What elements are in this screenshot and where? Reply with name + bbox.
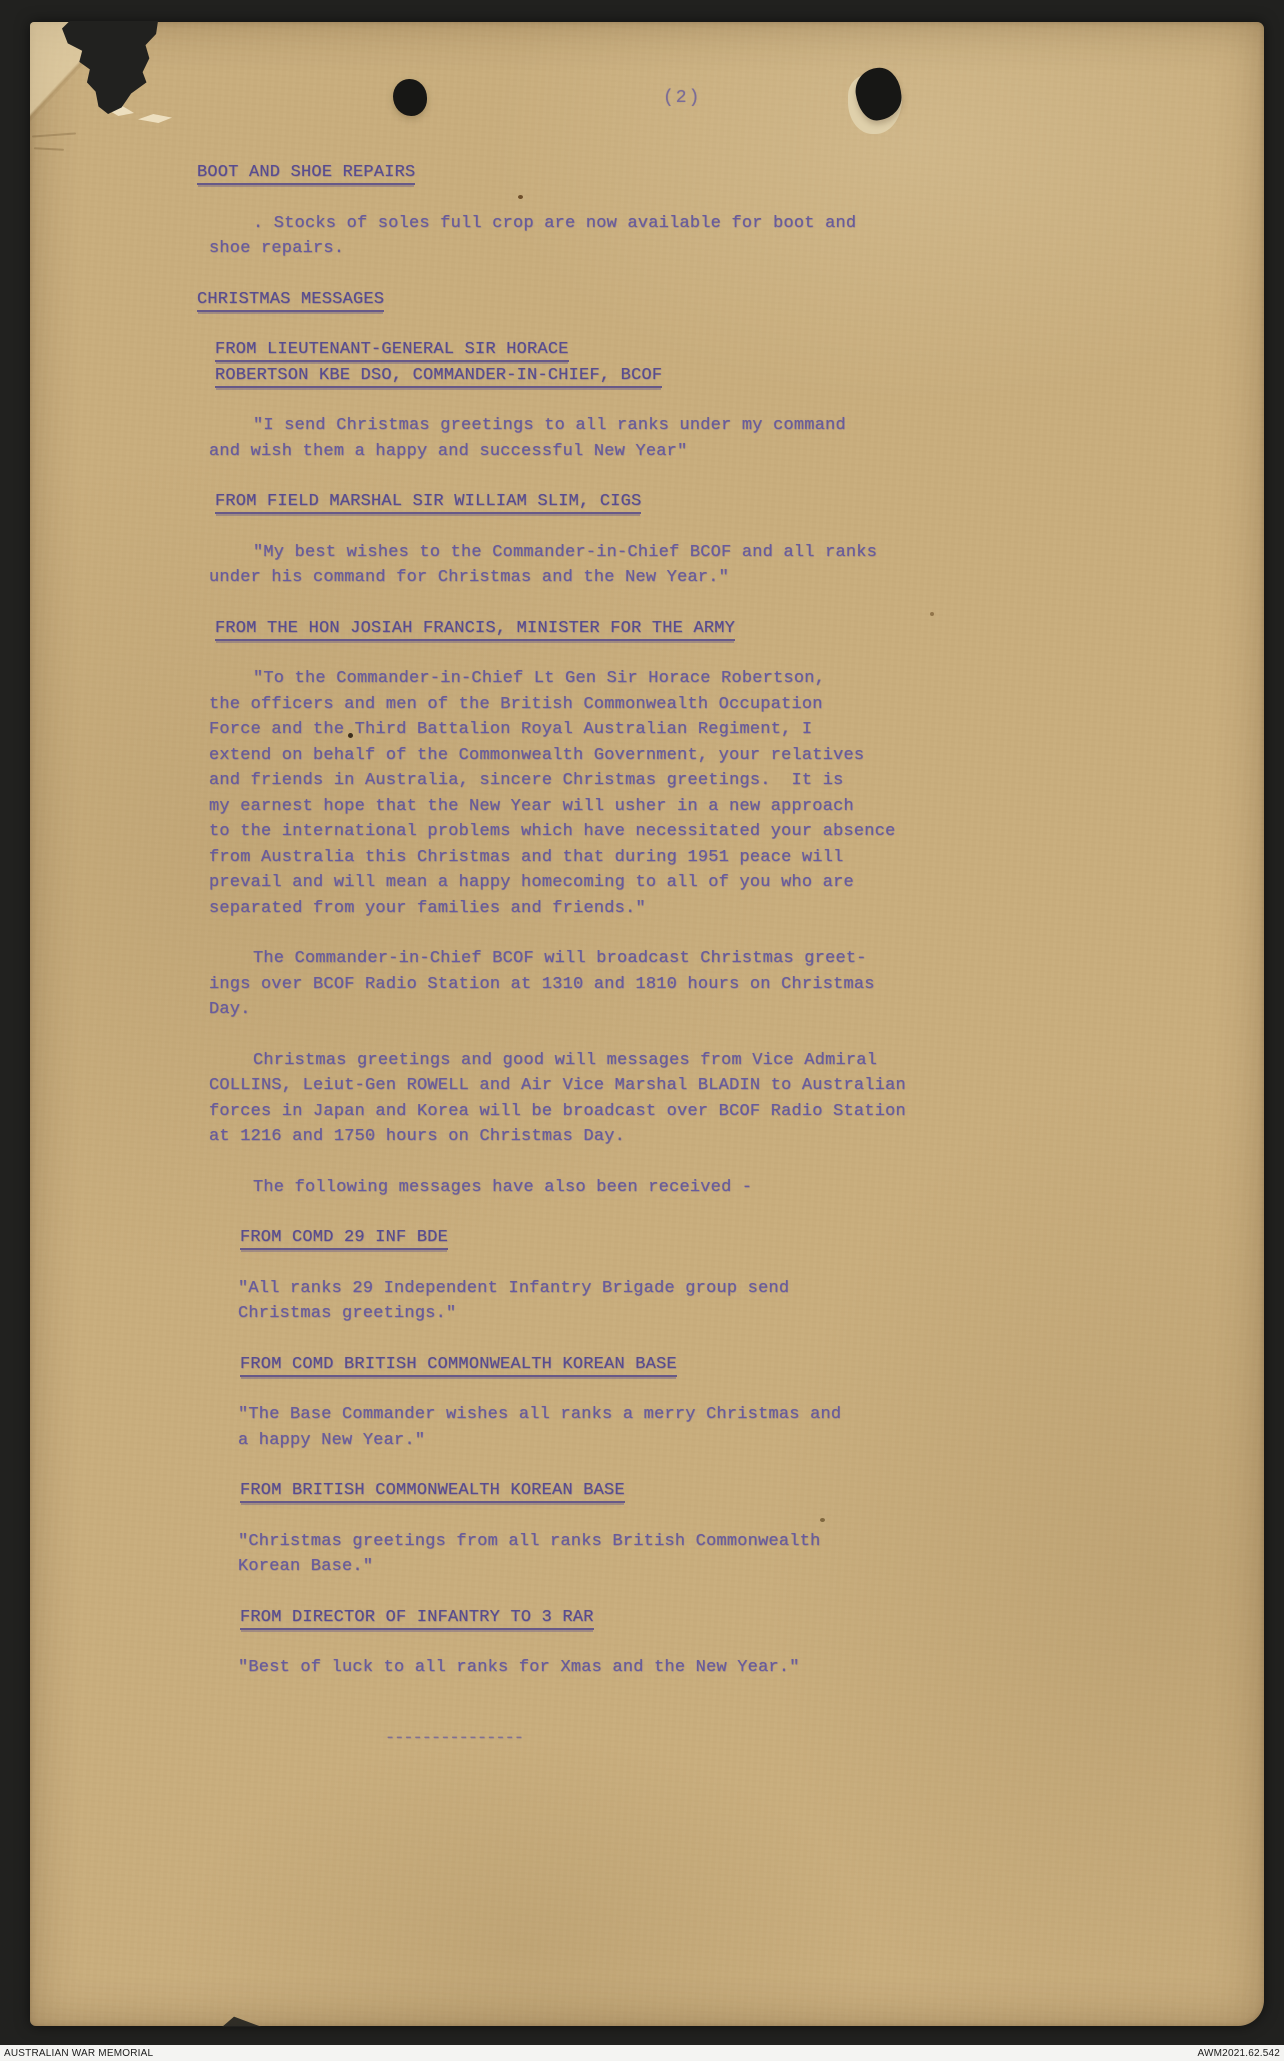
paper-crease: [34, 147, 64, 151]
text-line: Christmas greetings and good will messag…: [209, 1048, 1264, 1074]
text-line: ---------------: [385, 1726, 1264, 1752]
text-line: under his command for Christmas and the …: [209, 565, 1264, 591]
text-line: FROM THE HON JOSIAH FRANCIS, MINISTER FO…: [215, 616, 1264, 642]
text-line: to the international problems which have…: [209, 819, 1264, 845]
scan-background: (2) BOOT AND SHOE REPAIRS. Stocks of sol…: [0, 0, 1284, 2061]
text-line: the officers and men of the British Comm…: [209, 692, 1264, 718]
text-line: "The Base Commander wishes all ranks a m…: [238, 1402, 1264, 1428]
text-block: BOOT AND SHOE REPAIRS: [197, 160, 1264, 186]
footer-reference-label: AWM2021.62.542: [1198, 2048, 1280, 2059]
text-line: a happy New Year.": [238, 1428, 1264, 1454]
text-line: "My best wishes to the Commander-in-Chie…: [209, 540, 1264, 566]
text-block: The Commander-in-Chief BCOF will broadca…: [209, 946, 1264, 1023]
document-content: BOOT AND SHOE REPAIRS. Stocks of soles f…: [30, 160, 1264, 1776]
text-line: FROM FIELD MARSHAL SIR WILLIAM SLIM, CIG…: [215, 489, 1264, 515]
text-line: CHRISTMAS MESSAGES: [197, 287, 1264, 313]
text-line: FROM DIRECTOR OF INFANTRY TO 3 RAR: [240, 1605, 1264, 1631]
text-line: Force and the Third Battalion Royal Aust…: [209, 717, 1264, 743]
text-line: FROM COMD 29 INF BDE: [240, 1225, 1264, 1251]
text-line: . Stocks of soles full crop are now avai…: [209, 211, 1264, 237]
text-block: "The Base Commander wishes all ranks a m…: [238, 1402, 1264, 1453]
text-line: "Best of luck to all ranks for Xmas and …: [238, 1655, 1264, 1681]
text-line: "All ranks 29 Independent Infantry Briga…: [238, 1276, 1264, 1302]
tear-fiber: [138, 114, 172, 123]
text-block: FROM COMD BRITISH COMMONWEALTH KOREAN BA…: [240, 1352, 1264, 1378]
text-block: FROM LIEUTENANT-GENERAL SIR HORACEROBERT…: [215, 337, 1264, 388]
text-line: ings over BCOF Radio Station at 1310 and…: [209, 972, 1264, 998]
text-block: FROM THE HON JOSIAH FRANCIS, MINISTER FO…: [215, 616, 1264, 642]
paper-crease: [32, 132, 76, 137]
text-line: "Christmas greetings from all ranks Brit…: [238, 1529, 1264, 1555]
text-block: FROM DIRECTOR OF INFANTRY TO 3 RAR: [240, 1605, 1264, 1631]
text-block: FROM COMD 29 INF BDE: [240, 1225, 1264, 1251]
text-block: "Christmas greetings from all ranks Brit…: [238, 1529, 1264, 1580]
footer-archive-label: AUSTRALIAN WAR MEMORIAL: [4, 2048, 153, 2059]
text-block: The following messages have also been re…: [209, 1175, 1264, 1201]
text-line: and friends in Australia, sincere Christ…: [209, 768, 1264, 794]
text-line: FROM LIEUTENANT-GENERAL SIR HORACE: [215, 337, 1264, 363]
text-block: "All ranks 29 Independent Infantry Briga…: [238, 1276, 1264, 1327]
text-block: FROM BRITISH COMMONWEALTH KOREAN BASE: [240, 1478, 1264, 1504]
text-line: forces in Japan and Korea will be broadc…: [209, 1099, 1264, 1125]
page-number: (2): [663, 88, 701, 108]
text-line: COLLINS, Leiut-Gen ROWELL and Air Vice M…: [209, 1073, 1264, 1099]
text-block: FROM FIELD MARSHAL SIR WILLIAM SLIM, CIG…: [215, 489, 1264, 515]
text-line: "I send Christmas greetings to all ranks…: [209, 413, 1264, 439]
text-block: "To the Commander-in-Chief Lt Gen Sir Ho…: [209, 666, 1264, 921]
document-page: (2) BOOT AND SHOE REPAIRS. Stocks of sol…: [30, 22, 1264, 2026]
text-block: CHRISTMAS MESSAGES: [197, 287, 1264, 313]
text-block: . Stocks of soles full crop are now avai…: [209, 211, 1264, 262]
text-line: and wish them a happy and successful New…: [209, 439, 1264, 465]
divider-dashes: ---------------: [385, 1726, 1264, 1752]
text-line: extend on behalf of the Commonwealth Gov…: [209, 743, 1264, 769]
text-line: "To the Commander-in-Chief Lt Gen Sir Ho…: [209, 666, 1264, 692]
text-block: "My best wishes to the Commander-in-Chie…: [209, 540, 1264, 591]
text-line: The following messages have also been re…: [209, 1175, 1264, 1201]
text-block: "I send Christmas greetings to all ranks…: [209, 413, 1264, 464]
text-line: separated from your families and friends…: [209, 896, 1264, 922]
text-line: prevail and will mean a happy homecoming…: [209, 870, 1264, 896]
text-block: "Best of luck to all ranks for Xmas and …: [238, 1655, 1264, 1681]
text-line: Christmas greetings.": [238, 1301, 1264, 1327]
text-line: ROBERTSON KBE DSO, COMMANDER-IN-CHIEF, B…: [215, 363, 1264, 389]
text-line: at 1216 and 1750 hours on Christmas Day.: [209, 1124, 1264, 1150]
text-line: FROM BRITISH COMMONWEALTH KOREAN BASE: [240, 1478, 1264, 1504]
text-line: BOOT AND SHOE REPAIRS: [197, 160, 1264, 186]
punch-hole-left: [393, 79, 427, 116]
text-line: my earnest hope that the New Year will u…: [209, 794, 1264, 820]
text-line: FROM COMD BRITISH COMMONWEALTH KOREAN BA…: [240, 1352, 1264, 1378]
footer-bar: AUSTRALIAN WAR MEMORIAL AWM2021.62.542: [0, 2045, 1284, 2061]
text-block: Christmas greetings and good will messag…: [209, 1048, 1264, 1150]
text-line: Korean Base.": [238, 1554, 1264, 1580]
text-line: Day.: [209, 997, 1264, 1023]
text-line: The Commander-in-Chief BCOF will broadca…: [209, 946, 1264, 972]
text-line: shoe repairs.: [209, 236, 1264, 262]
bottom-edge-nick: [222, 2014, 262, 2027]
text-line: from Australia this Christmas and that d…: [209, 845, 1264, 871]
